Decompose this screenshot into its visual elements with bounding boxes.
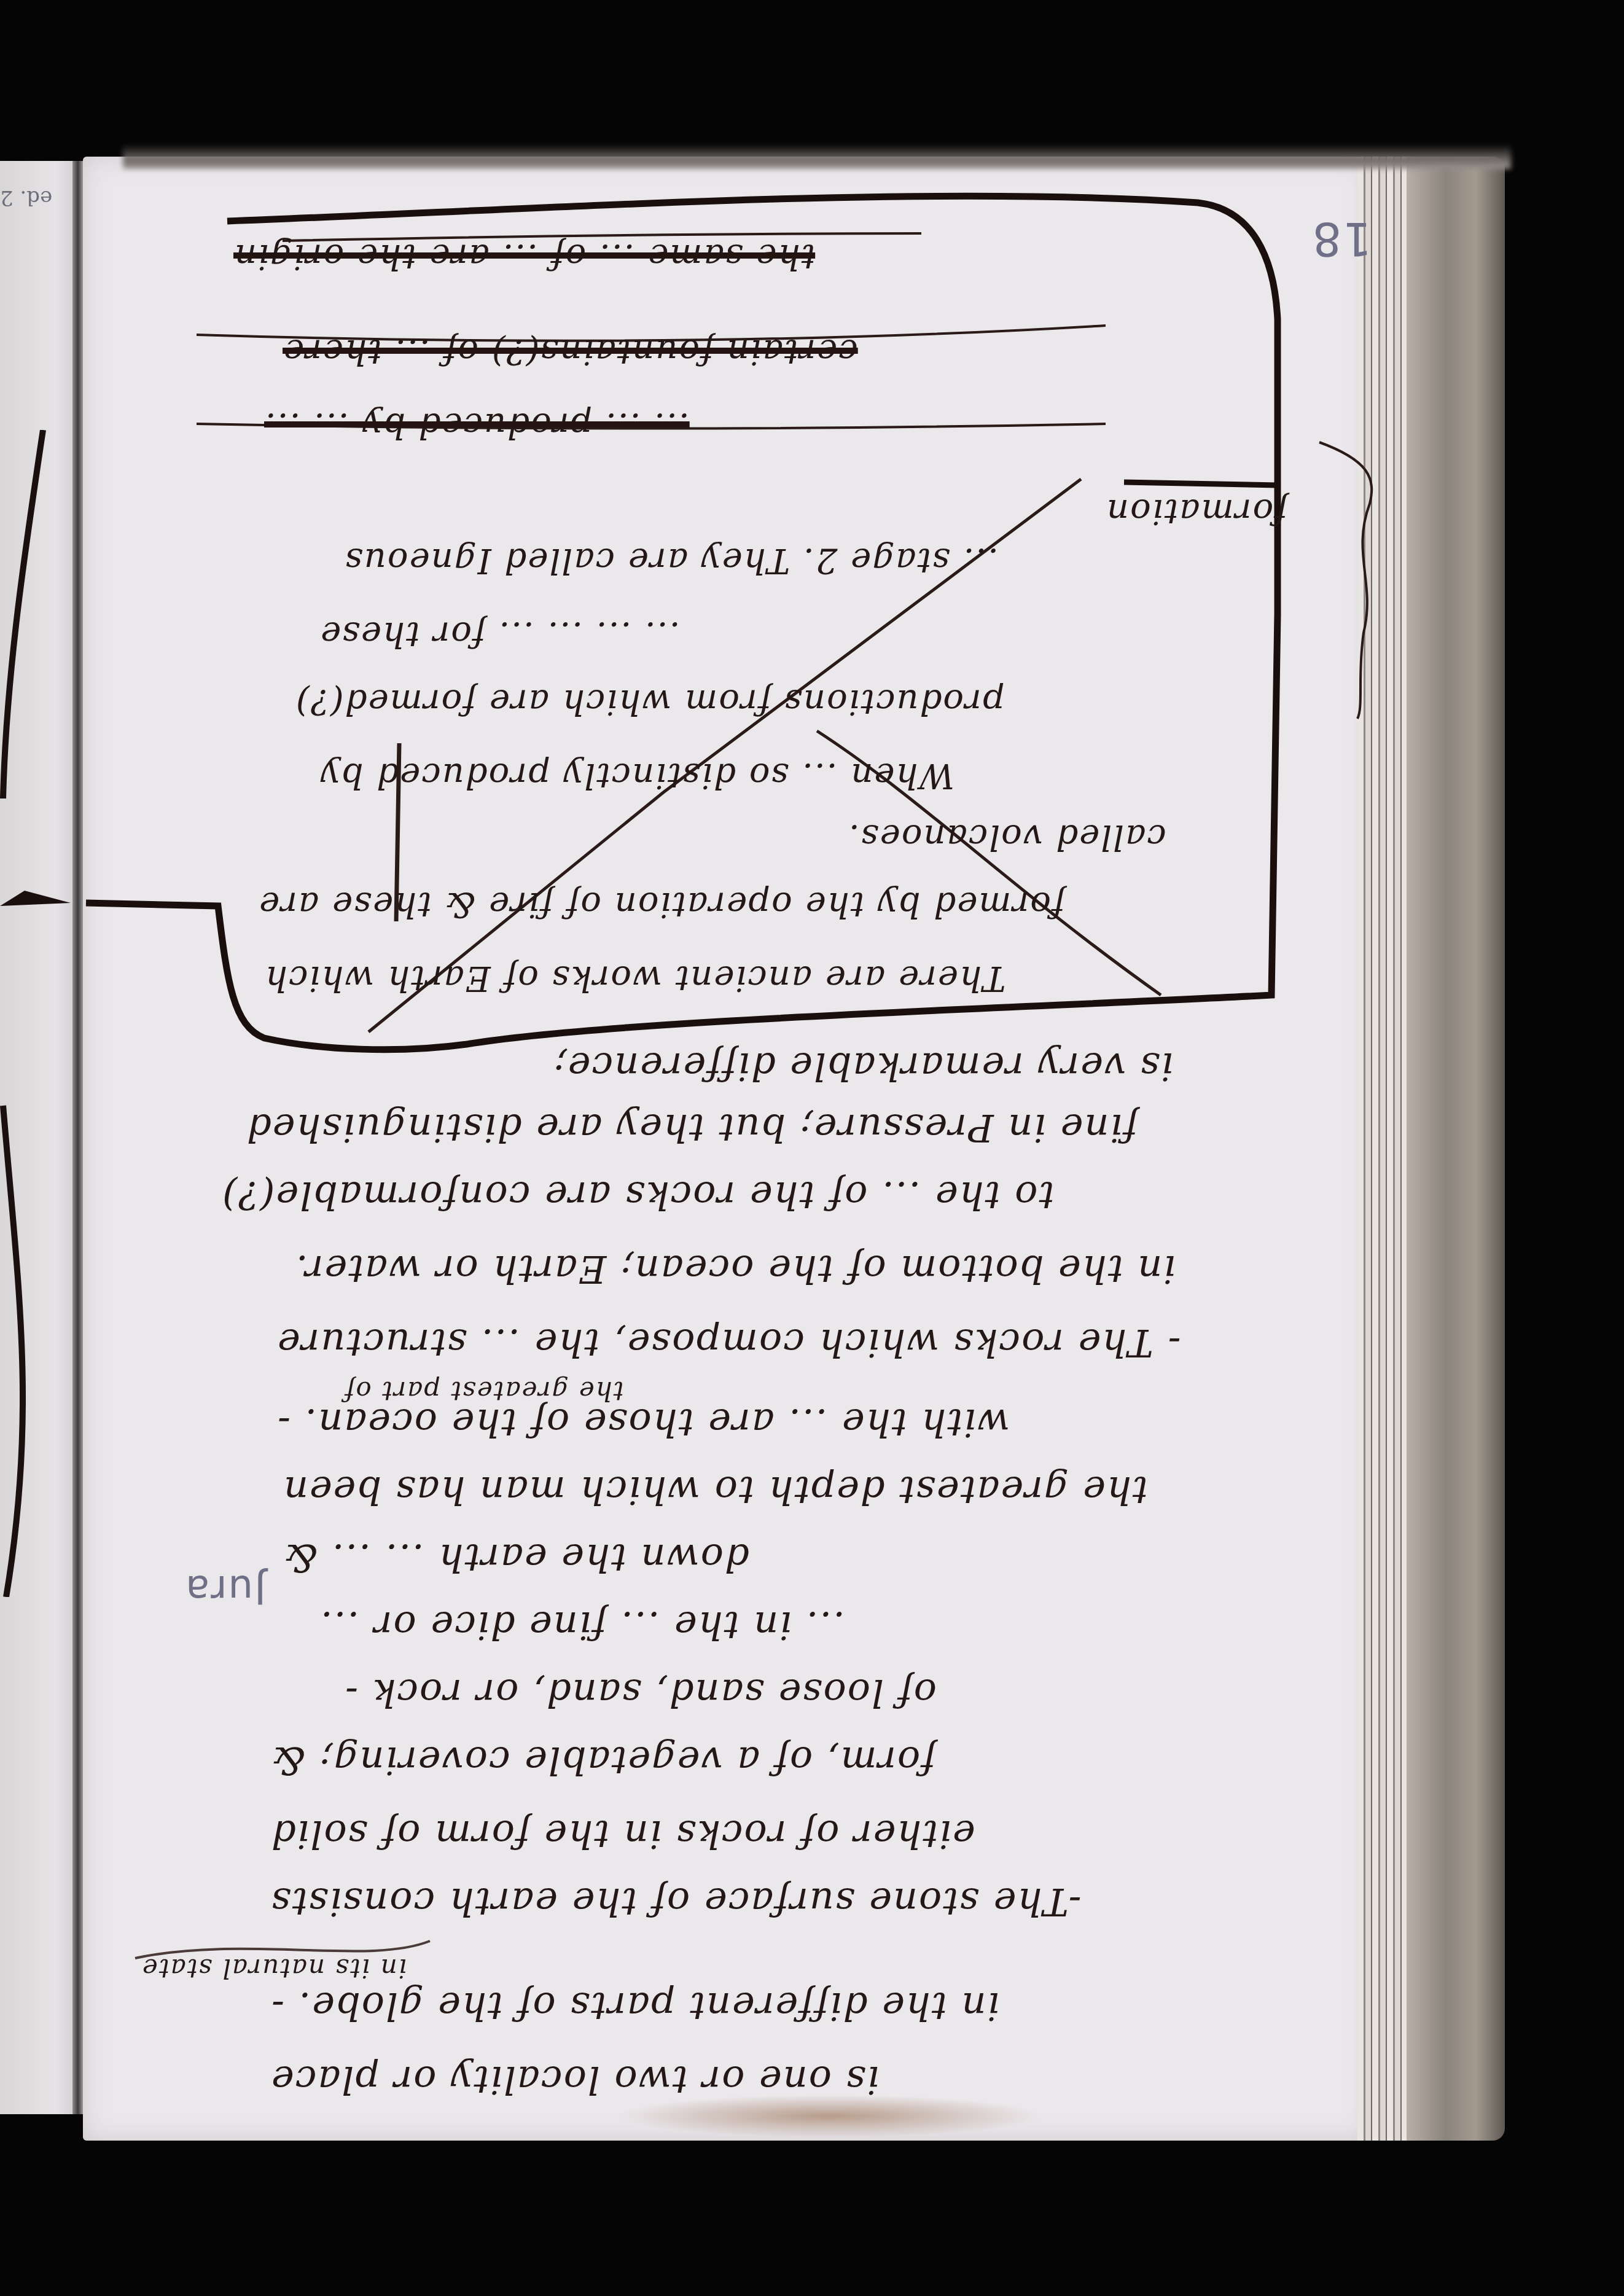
boxed-line: productions from which are formed(?): [295, 682, 1005, 722]
text-line: - The rocks which compose, the ... struc…: [276, 1321, 1181, 1365]
boxed-line: There are ancient works of Earth which: [264, 958, 1005, 998]
text-line: with the ... are those of the ocean. -: [276, 1400, 1010, 1445]
text-line: -The stone surface of the earth consists: [270, 1880, 1081, 1924]
text-line: either of rocks in the form of solid: [270, 1812, 975, 1857]
boxed-line: called volcanoes.: [848, 817, 1166, 857]
text-line: ... in the ... fine dice or ...: [319, 1603, 845, 1648]
struck-line: certain fountains(?) of ... there: [283, 332, 858, 372]
text-line: form, of a vegetable covering; &: [270, 1738, 935, 1783]
struck-line: ... ... produced by ... ...: [264, 405, 690, 445]
pencil-margin-note: Jura: [184, 1566, 266, 1612]
text-line: in the different parts of the globe. -: [270, 1984, 999, 2029]
left-page-ink-curve: [0, 430, 55, 1597]
boxed-line: formation: [1106, 491, 1287, 531]
left-page-margin-text: ed. 2: [0, 185, 52, 210]
boxed-line: ... stage 2. They are called Igneous: [344, 541, 999, 580]
boxed-line: formed by the operation of fire & these …: [258, 884, 1065, 924]
text-line: to the ... of the rocks are conformable(…: [221, 1173, 1055, 1218]
vellum-cover: [1407, 157, 1505, 2141]
page-number: 18: [1311, 212, 1372, 265]
text-line: fine in Pressure; but they are distingui…: [246, 1106, 1138, 1150]
text-line: down the earth ... ... &: [283, 1536, 749, 1580]
text-line: is one or two locality or place: [270, 2058, 879, 2103]
boxed-line: ... ... ... ... for these: [319, 614, 680, 654]
text-line: is very remarkable difference;: [553, 1044, 1173, 1089]
page-edges: [1357, 157, 1407, 2141]
text-line: in the bottom of the ocean; Earth or wat…: [295, 1247, 1176, 1292]
boxed-line: When ... so distinctly produced by: [319, 756, 954, 795]
inserted-text: in its natural state: [141, 1953, 407, 1983]
top-page-edge: [123, 144, 1511, 169]
text-line: of loose sand, sand, or rock -: [344, 1671, 937, 1716]
struck-line: the same ... of ... are the origin: [233, 236, 815, 276]
book-gutter: [72, 161, 84, 2114]
text-line: the greatest depth to which man has been: [283, 1468, 1148, 1513]
